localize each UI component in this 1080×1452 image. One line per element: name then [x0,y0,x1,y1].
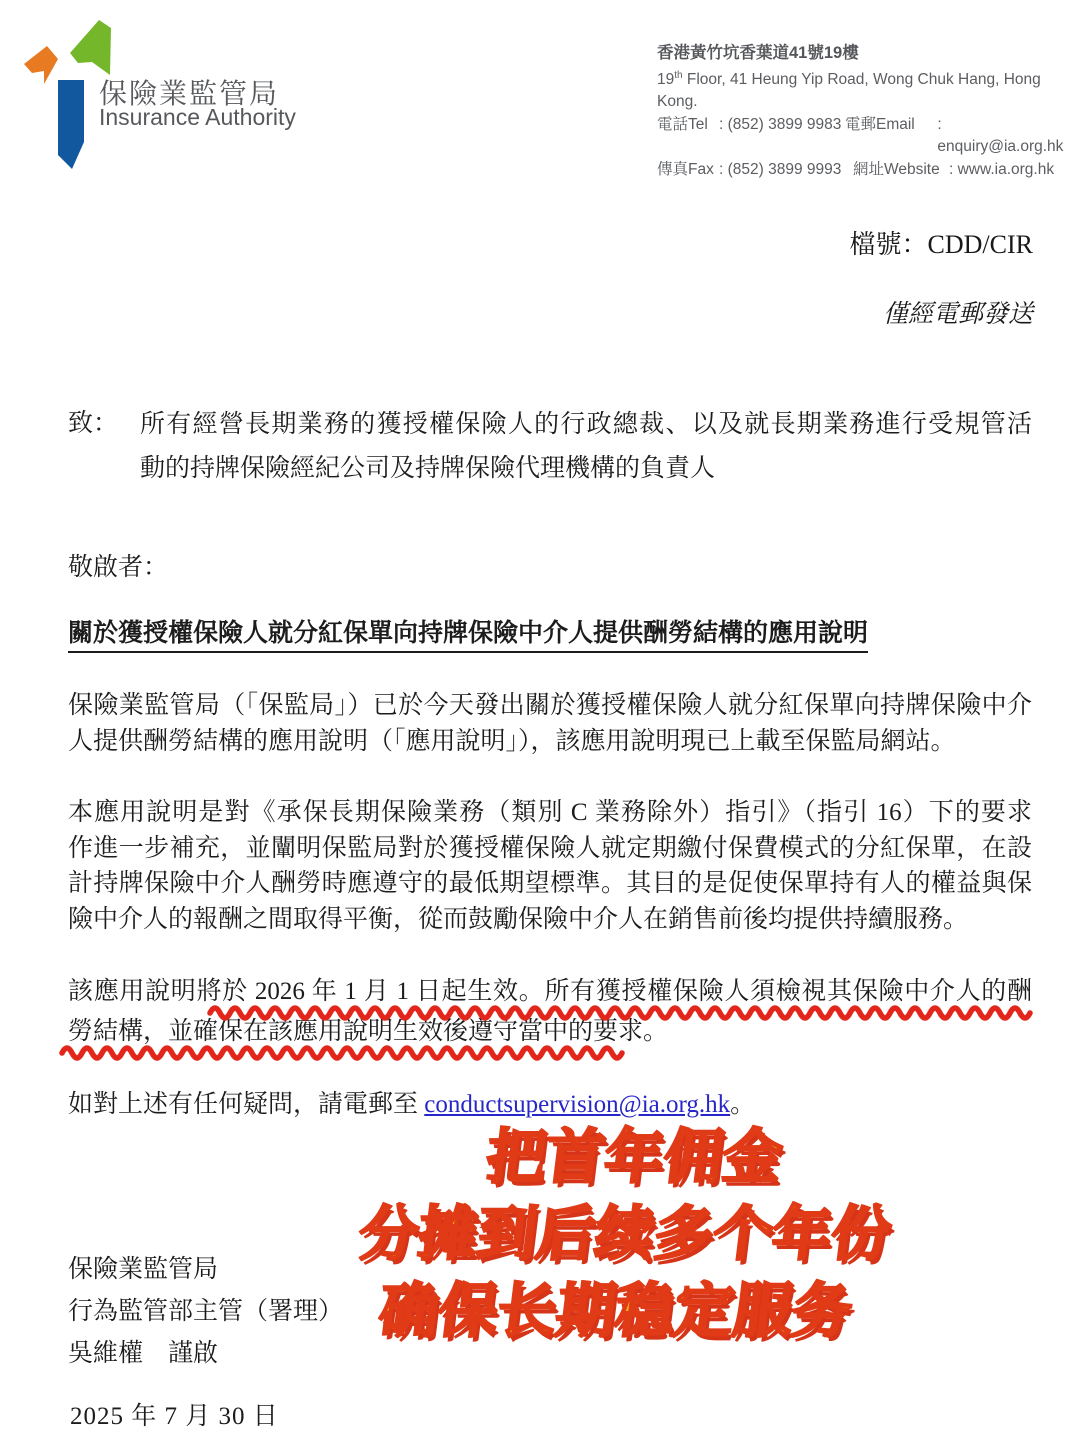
website-cell: 網址Website: www.ia.org.hk [853,159,1054,182]
letterhead-address-block: 香港黃竹坑香葉道41號19樓 19th Floor, 41 Heung Yip … [657,42,1067,181]
paragraph-2: 本應用說明是對《承保長期保險業務（類別 C 業務除外）指引》（指引 16）下的要… [68,795,1032,937]
letter-date: 2025 年 7 月 30 日 [70,1396,279,1432]
red-wavy-underline-2 [62,1042,628,1064]
paragraph-2-line-4: 險中介人的報酬之間取得平衡，從而鼓勵保險中介人在銷售前後均提供持續服務。 [68,902,1032,938]
email-value: : enquiry@ia.org.hk [937,114,1067,159]
slogan-line-1: 把首年佣金 [313,1119,956,1196]
email-cell: 電郵Email: enquiry@ia.org.hk [845,114,1067,159]
recipient-line-2: 動的持牌保險經紀公司及持牌保險代理機構的負責人 [140,447,1032,491]
slogan-line-3: 确保长期稳定服务 [294,1273,937,1350]
fax-value: : (852) 3899 9993 [719,159,841,182]
red-wavy-underline-1 [210,1002,1032,1024]
signature-block: 保險業監管局 行為監管部主管（署理） 吳維權 謹啟 [68,1249,343,1375]
paragraph-1-line-1: 保險業監管局（「保監局」）已於今天發出關於獲授權保險人就分紅保單向持牌保險中介 [68,688,1032,724]
paragraph-2-line-2: 作進一步補充，並闡明保監局對於獲授權保險人就定期繳付保費模式的分紅保單，在設 [68,831,1032,867]
recipient-text: 所有經營長期業務的獲授權保險人的行政總裁、以及就長期業務進行受規管活 動的持牌保… [140,403,1032,490]
subject-title: 關於獲授權保險人就分紅保單向持牌保險中介人提供酬勞結構的應用說明 [68,613,868,653]
contact-line: 如對上述有任何疑問，請電郵至 conductsupervision@ia.org… [68,1084,755,1120]
contact-email-link[interactable]: conductsupervision@ia.org.hk [424,1091,730,1118]
file-reference: 檔號：CDD/CIR [850,224,1033,261]
logo-english-name: Insurance Authority [99,104,296,131]
address-floor-number: 19 [657,71,674,88]
contact-prefix: 如對上述有任何疑問，請電郵至 [68,1091,424,1118]
signature-title: 行為監管部主管（署理） [68,1291,343,1333]
tel-label: 電話Tel [657,114,719,159]
email-label: 電郵Email [845,114,937,159]
website-label: 網址Website [853,159,949,182]
fax-cell: 傳真Fax: (852) 3899 9993 [657,159,853,182]
paragraph-1: 保險業監管局（「保監局」）已於今天發出關於獲授權保險人就分紅保單向持牌保險中介 … [68,688,1032,759]
tel-cell: 電話Tel: (852) 3899 9983 [657,114,845,159]
address-street: Floor, 41 Heung Yip Road, Wong Chuk Hang… [657,71,1041,111]
recipient-line-1: 所有經營長期業務的獲授權保險人的行政總裁、以及就長期業務進行受規管活 [140,403,1032,447]
salutation: 敬啟者： [68,547,168,583]
address-chinese: 香港黃竹坑香葉道41號19樓 [657,42,1067,65]
tel-value: : (852) 3899 9983 [719,114,841,159]
recipient-label: 致： [68,403,118,439]
contact-suffix: 。 [730,1091,755,1118]
fax-website-row: 傳真Fax: (852) 3899 9993 網址Website: www.ia… [657,159,1067,182]
delivery-method: 僅經電郵發送 [883,294,1033,330]
paragraph-2-line-1: 本應用說明是對《承保長期保險業務（類別 C 業務除外）指引》（指引 16）下的要… [68,795,1032,831]
paragraph-1-line-2: 人提供酬勞結構的應用說明（「應用說明」），該應用說明現已上載至保監局網站。 [68,724,1032,760]
letter-page: 保險業監管局 Insurance Authority 香港黃竹坑香葉道41號19… [0,0,1080,1452]
address-english: 19th Floor, 41 Heung Yip Road, Wong Chuk… [657,65,1067,114]
address-ordinal-suffix: th [674,70,682,81]
fax-label: 傳真Fax [657,159,719,182]
signature-name: 吳維權 謹啟 [68,1333,343,1375]
website-value: : www.ia.org.hk [949,159,1054,182]
slogan-overlay: 把首年佣金 分摊到后续多个年份 确保长期稳定服务 [294,1119,956,1350]
slogan-line-2: 分摊到后续多个年份 [303,1196,946,1273]
signature-organization: 保險業監管局 [68,1249,343,1291]
tel-email-row: 電話Tel: (852) 3899 9983 電郵Email: enquiry@… [657,114,1067,159]
paragraph-2-line-3: 計持牌保險中介人酬勞時應遵守的最低期望標準。其目的是促使保單持有人的權益與保 [68,866,1032,902]
